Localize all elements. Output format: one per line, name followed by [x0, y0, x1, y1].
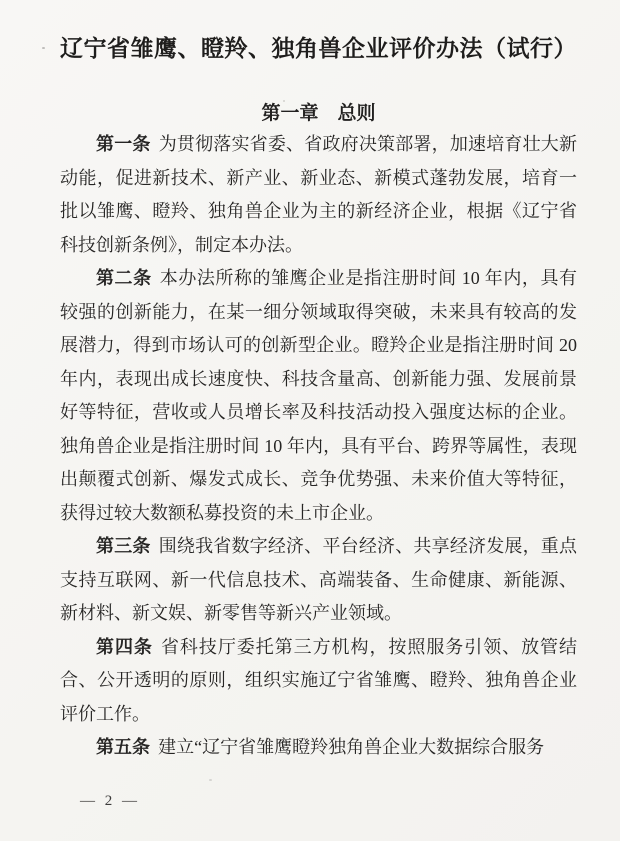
scan-speck	[42, 47, 45, 49]
chapter-heading: 第一章 总则	[60, 98, 577, 125]
article-paragraph: 第三条围绕我省数字经济、平台经济、共享经济发展，重点支持互联网、新一代信息技术、…	[60, 530, 577, 631]
article-number: 第五条	[96, 737, 150, 757]
scan-speck	[283, 100, 285, 102]
article-number: 第四条	[96, 637, 153, 657]
article-paragraph: 第五条建立“辽宁省雏鹰瞪羚独角兽企业大数据综合服务	[60, 731, 577, 765]
article-paragraph: 第一条为贯彻落实省委、省政府决策部署，加速培育壮大新动能，促进新技术、新产业、新…	[60, 128, 577, 262]
article-text: 本办法所称的雏鹰企业是指注册时间 10 年内，具有较强的创新能力，在某一细分领域…	[60, 268, 577, 523]
article-text: 建立“辽宁省雏鹰瞪羚独角兽企业大数据综合服务	[158, 737, 544, 757]
scan-speck	[209, 779, 212, 781]
article-number: 第一条	[96, 134, 151, 154]
document-body: 第一条为贯彻落实省委、省政府决策部署，加速培育壮大新动能，促进新技术、新产业、新…	[60, 128, 577, 765]
article-number: 第三条	[96, 536, 151, 556]
page-number: — 2 —	[80, 793, 140, 810]
document-title: 辽宁省雏鹰、瞪羚、独角兽企业评价办法（试行）	[60, 30, 577, 63]
article-number: 第二条	[96, 268, 152, 288]
article-paragraph: 第二条本办法所称的雏鹰企业是指注册时间 10 年内，具有较强的创新能力，在某一细…	[60, 262, 577, 530]
document-page: 辽宁省雏鹰、瞪羚、独角兽企业评价办法（试行） 第一章 总则 第一条为贯彻落实省委…	[0, 0, 620, 841]
article-paragraph: 第四条省科技厅委托第三方机构，按照服务引领、放管结合、公开透明的原则，组织实施辽…	[60, 631, 577, 732]
